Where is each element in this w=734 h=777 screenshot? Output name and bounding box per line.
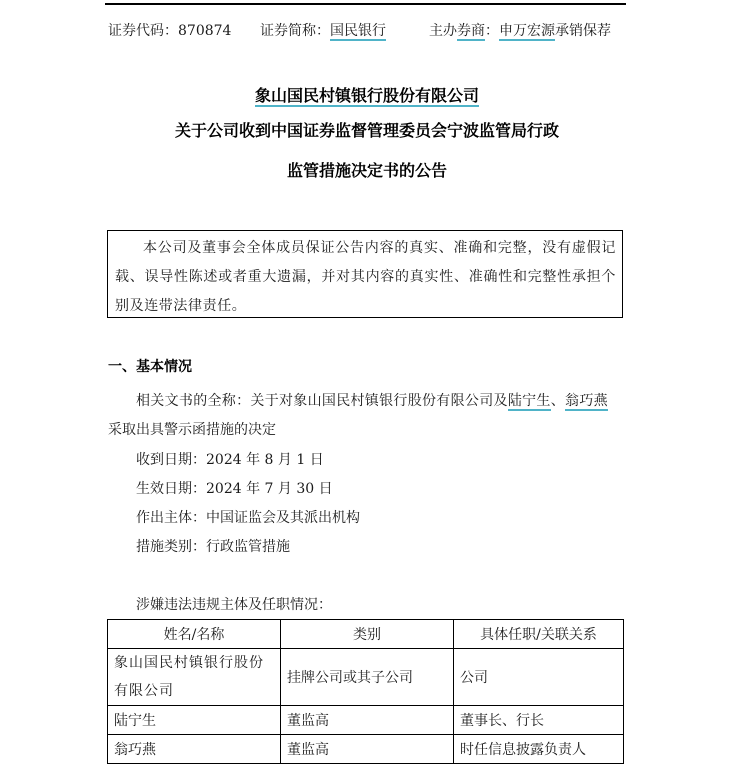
cell-name: 陆宁生 [108,706,281,735]
sponsor-value: 承销保荐 [555,23,611,39]
security-short-name: 证券简称：国民银行 [260,20,386,42]
security-short-name-value[interactable]: 国民银行 [330,23,386,41]
sponsor-value-link[interactable]: 申万宏源 [499,23,555,41]
cell-name: 翁巧燕 [108,735,281,764]
received-date: 收到日期：2024 年 8 月 1 日 [136,449,324,471]
cell-category: 挂牌公司或其子公司 [281,649,454,706]
cell-position: 时任信息披露负责人 [454,735,624,764]
cell-position: 董事长、行长 [454,706,624,735]
disclaimer-box: 本公司及董事会全体成员保证公告内容的真实、准确和完整，没有虚假记载、误导性陈述或… [107,230,623,318]
doc-name-prefix: 相关文书的全称：关于对象山国民村镇银行股份有限公司及 [136,393,508,409]
person-link-weng-qiaoyan[interactable]: 翁巧燕 [565,393,608,411]
doc-name-suffix: 采取出具警示函措施的决定 [108,416,624,445]
header-name: 姓名/名称 [108,620,281,649]
sponsor-label: 主办 [429,23,457,39]
violation-subjects-table: 姓名/名称 类别 具体任职/关联关系 象山国民村镇银行股份有限公司 挂牌公司或其… [107,619,624,764]
cell-position: 公司 [454,649,624,706]
security-code: 证券代码：870874 [108,20,231,42]
colon: ： [485,23,499,39]
company-title: 象山国民村镇银行股份有限公司 [0,85,734,107]
security-code-value: 870874 [178,23,231,39]
table-header-row: 姓名/名称 类别 具体任职/关联关系 [108,620,624,649]
sponsor-label-link[interactable]: 券商 [457,23,485,41]
disclaimer-text: 本公司及董事会全体成员保证公告内容的真实、准确和完整，没有虚假记载、误导性陈述或… [108,231,622,321]
person-link-lu-ningsheng[interactable]: 陆宁生 [508,393,551,411]
cell-category: 董监高 [281,735,454,764]
document-full-name: 相关文书的全称：关于对象山国民村镇银行股份有限公司及陆宁生、翁巧燕 采取出具警示… [108,387,624,445]
header-rule [105,3,626,5]
table-row: 陆宁生 董监高 董事长、行长 [108,706,624,735]
issuing-body: 作出主体：中国证监会及其派出机构 [136,507,360,529]
cell-category: 董监高 [281,706,454,735]
measure-type: 措施类别：行政监管措施 [136,536,290,558]
company-name-link[interactable]: 象山国民村镇银行股份有限公司 [255,86,479,107]
separator: 、 [551,393,565,409]
table-row: 象山国民村镇银行股份有限公司 挂牌公司或其子公司 公司 [108,649,624,706]
security-code-label: 证券代码： [108,23,178,39]
table-caption: 涉嫌违法违规主体及任职情况： [136,594,332,616]
header-category: 类别 [281,620,454,649]
header-position: 具体任职/关联关系 [454,620,624,649]
announcement-title-line1: 关于公司收到中国证券监督管理委员会宁波监管局行政 [0,120,734,142]
effective-date: 生效日期：2024 年 7 月 30 日 [136,478,333,500]
announcement-title-line2: 监管措施决定书的公告 [0,160,734,182]
section-heading-basic-info: 一、基本情况 [108,356,192,378]
sponsor-broker: 主办券商：申万宏源承销保荐 [429,20,611,42]
cell-name: 象山国民村镇银行股份有限公司 [108,649,281,706]
table-row: 翁巧燕 董监高 时任信息披露负责人 [108,735,624,764]
security-short-name-label: 证券简称： [260,23,330,39]
